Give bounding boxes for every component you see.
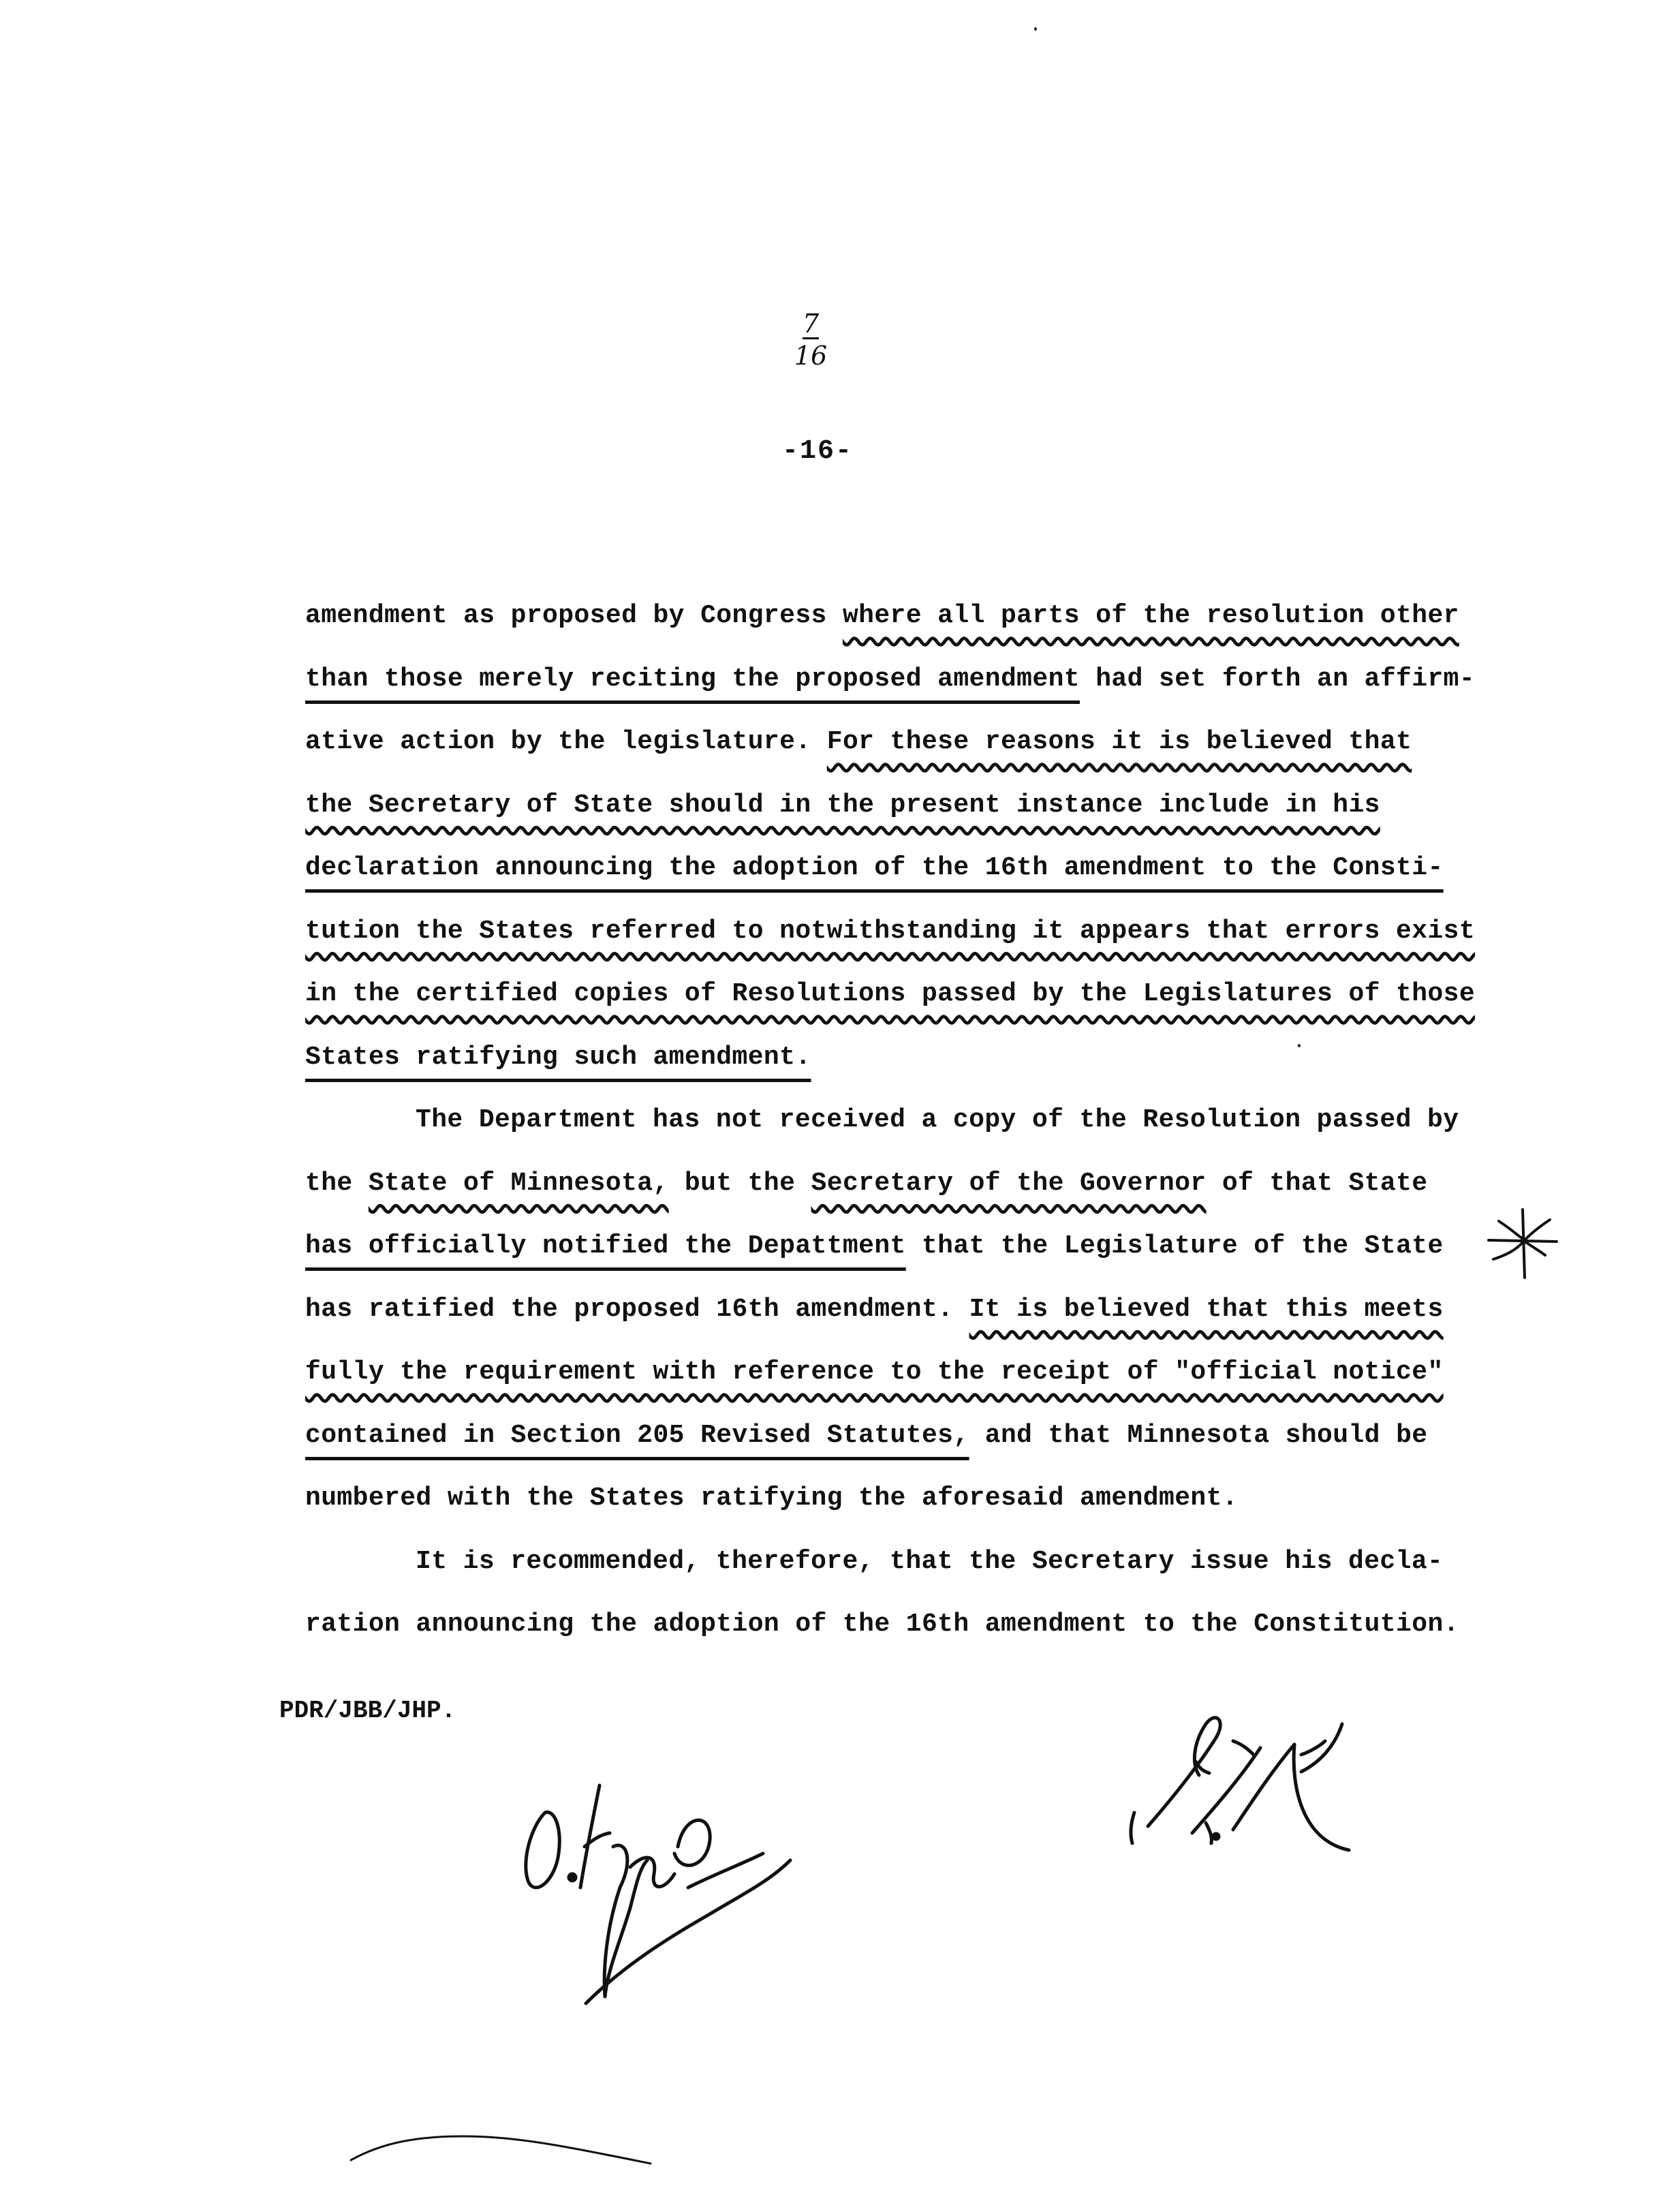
underlined-text: declaration announcing the adoption of t… xyxy=(305,853,1444,882)
text-line: than those merely reciting the proposed … xyxy=(305,648,1518,711)
text-line: It is recommended, therefore, that the S… xyxy=(305,1530,1518,1594)
text-line: ration announcing the adoption of the 16… xyxy=(305,1593,1518,1657)
text-line: numbered with the States ratifying the a… xyxy=(305,1467,1518,1530)
text-line: in the certified copies of Resolutions p… xyxy=(305,963,1518,1026)
handwritten-folio-number: 7 16 xyxy=(790,310,831,369)
underlined-text: It is believed that this meets xyxy=(969,1295,1444,1324)
text-segment: has ratified the proposed 16th amendment… xyxy=(305,1295,969,1324)
text-segment: amendment as proposed by Congress xyxy=(305,601,843,630)
page-number: -16- xyxy=(749,436,886,467)
reference-initials: PDR/JBB/JHP. xyxy=(279,1697,456,1725)
text-line: States ratifying such amendment. xyxy=(305,1026,1518,1090)
underlined-text: State of Minnesota, xyxy=(369,1169,669,1198)
pen-stroke-mark xyxy=(341,2119,654,2167)
text-line: has officially notified the Depattment t… xyxy=(305,1215,1518,1278)
text-line: declaration announcing the adoption of t… xyxy=(305,837,1518,900)
text-segment: the xyxy=(305,1169,369,1198)
text-line: The Department has not received a copy o… xyxy=(305,1089,1518,1152)
paper-speck xyxy=(1298,1044,1301,1047)
text-line: ative action by the legislature. For the… xyxy=(305,711,1518,774)
text-segment: and that Minnesota should be xyxy=(969,1421,1428,1450)
paper-speck xyxy=(1034,27,1037,31)
text-line: has ratified the proposed 16th amendment… xyxy=(305,1278,1518,1342)
text-segment: ative action by the legislature. xyxy=(305,727,827,756)
margin-asterisk-mark xyxy=(1485,1206,1560,1281)
underlined-text: States ratifying such amendment. xyxy=(305,1043,811,1072)
text-segment: ration announcing the adoption of the 16… xyxy=(305,1610,1459,1639)
text-line: the Secretary of State should in the pre… xyxy=(305,774,1518,837)
text-line: tution the States referred to notwithsta… xyxy=(305,900,1518,964)
text-segment: of that State xyxy=(1207,1169,1428,1198)
underlined-text: than those merely reciting the proposed … xyxy=(305,664,1080,694)
text-segment: but the xyxy=(669,1169,811,1198)
text-segment: The Department has not received a copy o… xyxy=(416,1105,1459,1135)
underlined-text: where all parts of the resolution other xyxy=(843,601,1459,630)
text-segment: It is recommended, therefore, that the S… xyxy=(416,1547,1443,1576)
underlined-text: the Secretary of State should in the pre… xyxy=(305,790,1380,820)
text-line: contained in Section 205 Revised Statute… xyxy=(305,1404,1518,1468)
text-segment: numbered with the States ratifying the a… xyxy=(305,1483,1238,1513)
text-segment: had set forth an affirm- xyxy=(1080,664,1475,694)
document-page: 7 16 -16- amendment as proposed by Congr… xyxy=(0,0,1680,2201)
folio-numerator: 7 xyxy=(803,310,819,339)
text-line: amendment as proposed by Congress where … xyxy=(305,585,1518,648)
text-segment: that the Legislature of the State xyxy=(906,1231,1444,1261)
underlined-text: fully the requirement with reference to … xyxy=(305,1357,1444,1387)
underlined-text: in the certified copies of Resolutions p… xyxy=(305,979,1475,1009)
folio-denominator: 16 xyxy=(794,341,827,371)
text-line: the State of Minnesota, but the Secretar… xyxy=(305,1152,1518,1216)
memo-body: amendment as proposed by Congress where … xyxy=(305,585,1518,1657)
underlined-text: For these reasons it is believed that xyxy=(827,727,1412,756)
underlined-text: tution the States referred to notwithsta… xyxy=(305,917,1475,946)
underlined-text: has officially notified the Depattment xyxy=(305,1231,906,1261)
approval-signature xyxy=(518,1772,818,2017)
text-line: fully the requirement with reference to … xyxy=(305,1341,1518,1404)
initials-signature xyxy=(1097,1697,1356,1860)
underlined-text: Secretary of the Governor xyxy=(811,1169,1207,1198)
underlined-text: contained in Section 205 Revised Statute… xyxy=(305,1421,969,1450)
